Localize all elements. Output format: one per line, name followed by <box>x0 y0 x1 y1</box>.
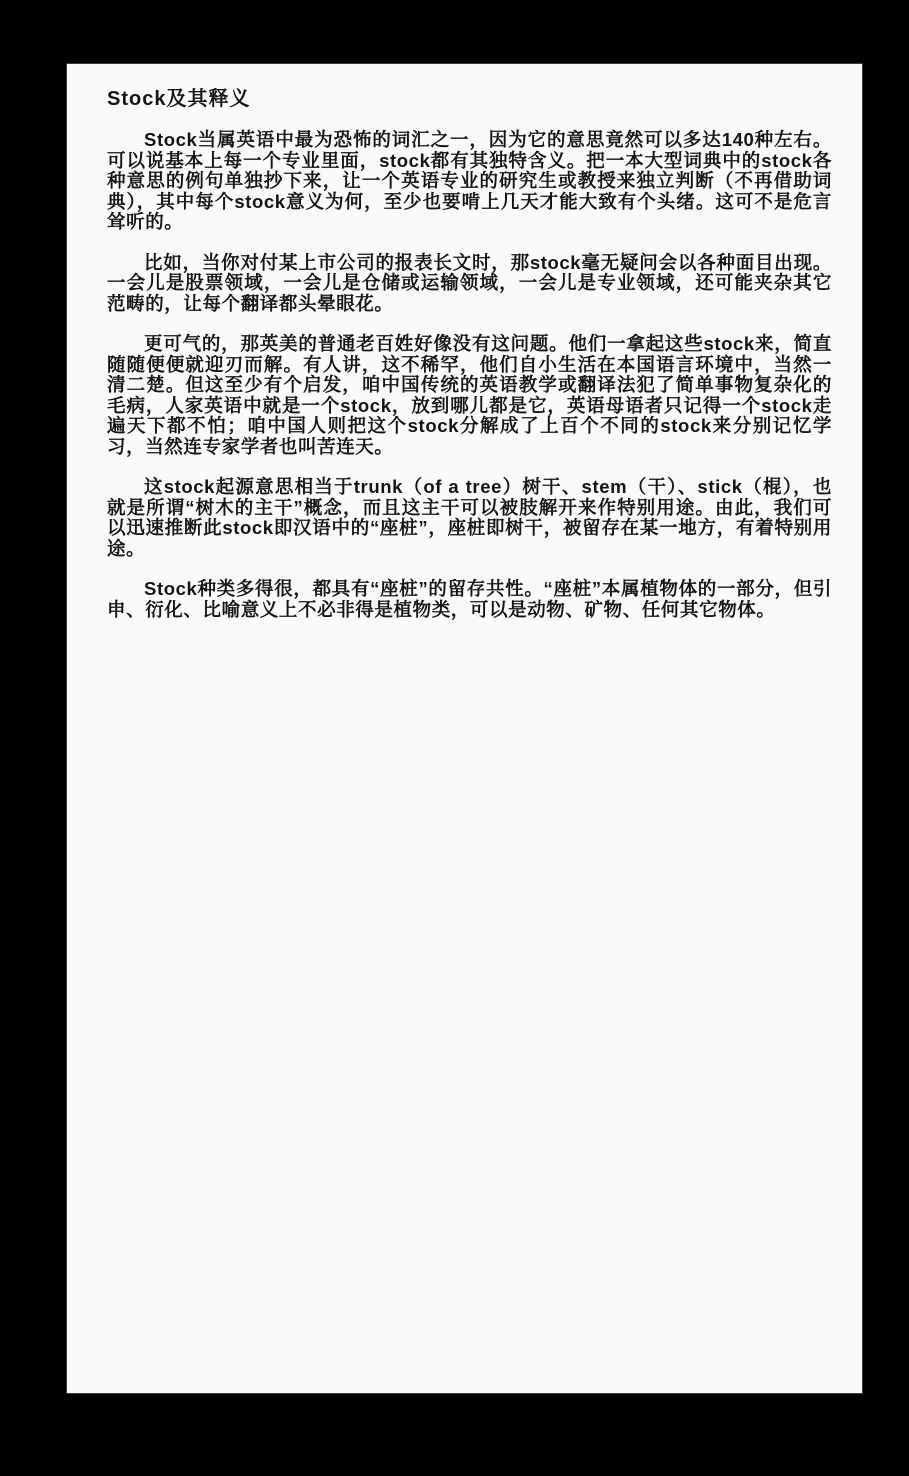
paragraph-4: 这stock起源意思相当于trunk（of a tree）树干、stem（干）、… <box>107 477 832 559</box>
document-page: Stock及其释义 Stock当属英语中最为恐怖的词汇之一，因为它的意思竟然可以… <box>66 63 863 1394</box>
paragraph-3: 更可气的，那英美的普通老百姓好像没有这问题。他们一拿起这些stock来，简直随随… <box>107 334 832 457</box>
paragraph-5: Stock种类多得很，都具有“座桩”的留存共性。“座桩”本属植物体的一部分，但引… <box>107 579 832 620</box>
document-content: Stock及其释义 Stock当属英语中最为恐怖的词汇之一，因为它的意思竟然可以… <box>67 64 862 620</box>
paragraph-1: Stock当属英语中最为恐怖的词汇之一，因为它的意思竟然可以多达140种左右。可… <box>107 130 832 233</box>
screen-background: Stock及其释义 Stock当属英语中最为恐怖的词汇之一，因为它的意思竟然可以… <box>0 0 909 1476</box>
paragraph-2: 比如，当你对付某上市公司的报表长文时，那stock毫无疑问会以各种面目出现。一会… <box>107 253 832 315</box>
document-title: Stock及其释义 <box>107 88 832 110</box>
